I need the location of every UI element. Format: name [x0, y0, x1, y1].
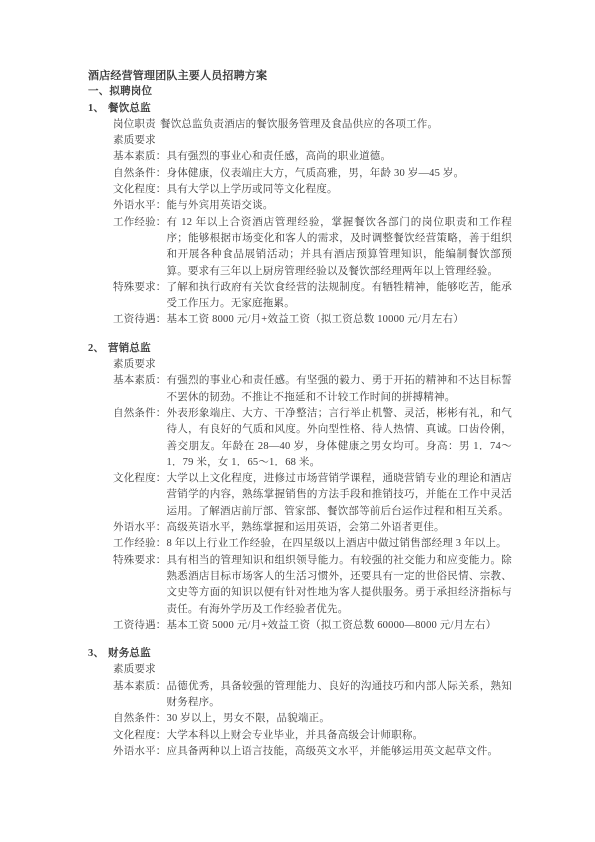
requirement-text: 30 岁以上，男女不限，品貌端正。 — [167, 711, 513, 727]
document-page: 酒店经营管理团队主要人员招聘方案 一、拟聘岗位 1、 餐饮总监 岗位职责 餐饮总… — [0, 0, 595, 842]
requirement-row: 文化程度： 大学以上文化程度，进修过市场营销学课程，通晓营销专业的理论和酒店营销… — [113, 471, 512, 520]
position-number: 2、 — [88, 341, 108, 357]
requirement-row: 自然条件： 外表形象端庄、大方、干净整洁；言行举止机警、灵活，彬彬有礼，和气待人… — [113, 406, 512, 471]
requirement-row: 自然条件： 30 岁以上，男女不限，品貌端正。 — [113, 711, 512, 727]
requirement-label: 外语水平： — [113, 744, 167, 760]
duty-label: 岗位职责 — [113, 117, 160, 133]
requirement-text: 能与外宾用英语交谈。 — [167, 198, 513, 214]
requirement-text: 8 年以上行业工作经验，在四星级以上酒店中做过销售部经理 3 年以上。 — [167, 536, 513, 552]
requirement-text: 具有大学以上学历或同等文化程度。 — [167, 182, 513, 198]
requirement-row: 外语水平： 能与外宾用英语交谈。 — [113, 198, 512, 214]
requirement-text: 有 12 年以上合资酒店管理经验，掌握餐饮各部门的岗位职责和工作程序；能够根据市… — [167, 215, 513, 280]
requirement-label: 特殊要求： — [113, 280, 167, 313]
requirement-label: 文化程度： — [113, 471, 167, 520]
position-name: 餐饮总监 — [108, 101, 512, 117]
requirement-text: 基本工资 5000 元/月+效益工资（拟工资总数 60000—8000 元/月左… — [167, 618, 513, 634]
requirement-label: 自然条件： — [113, 711, 167, 727]
requirement-text: 外表形象端庄、大方、干净整洁；言行举止机警、灵活，彬彬有礼，和气待人，有良好的气… — [167, 406, 513, 471]
requirement-row: 特殊要求： 了解和执行政府有关饮食经营的法规制度。有牺牲精神，能够吃苦，能承受工… — [113, 280, 512, 313]
requirement-text: 身体健康，仪表端庄大方，气质高雅，男，年龄 30 岁—45 岁。 — [167, 166, 513, 182]
requirement-text: 基本工资 8000 元/月+效益工资（拟工资总数 10000 元/月左右） — [167, 312, 513, 328]
duty-text: 餐饮总监负责酒店的餐饮服务管理及食品供应的各项工作。 — [160, 117, 512, 133]
requirement-text: 品德优秀，具备较强的管理能力、良好的沟通技巧和内部人际关系，熟知财务程序。 — [167, 679, 513, 712]
requirement-label: 文化程度： — [113, 728, 167, 744]
requirement-row: 工资待遇： 基本工资 8000 元/月+效益工资（拟工资总数 10000 元/月… — [113, 312, 512, 328]
position-heading: 2、 营销总监 — [88, 341, 512, 357]
requirement-row: 工资待遇： 基本工资 5000 元/月+效益工资（拟工资总数 60000—800… — [113, 618, 512, 634]
quality-header: 素质要求 — [113, 662, 512, 678]
doc-title: 酒店经营管理团队主要人员招聘方案 — [88, 68, 512, 84]
requirement-text: 大学以上文化程度，进修过市场营销学课程，通晓营销专业的理论和酒店营销学的内容，熟… — [167, 471, 513, 520]
requirement-label: 基本素质： — [113, 373, 167, 406]
requirement-row: 工作经验： 有 12 年以上合资酒店管理经验，掌握餐饮各部门的岗位职责和工作程序… — [113, 215, 512, 280]
position-name: 营销总监 — [108, 341, 512, 357]
quality-header: 素质要求 — [113, 357, 512, 373]
position-block-yingxiao: 2、 营销总监 素质要求 基本素质： 有强烈的事业心和责任感。有坚强的毅力、勇于… — [88, 341, 512, 634]
position-number: 3、 — [88, 646, 108, 662]
requirement-label: 外语水平： — [113, 198, 167, 214]
requirement-label: 文化程度： — [113, 182, 167, 198]
requirement-row: 外语水平： 应具备两种以上语言技能，高级英文水平，并能够运用英文起草文件。 — [113, 744, 512, 760]
requirement-label: 工资待遇： — [113, 618, 167, 634]
requirement-row: 特殊要求： 具有相当的管理知识和组织领导能力。有较强的社交能力和应变能力。除熟悉… — [113, 553, 512, 618]
requirement-row: 基本素质： 具有强烈的事业心和责任感，高尚的职业道德。 — [113, 149, 512, 165]
position-heading: 3、 财务总监 — [88, 646, 512, 662]
requirement-label: 特殊要求： — [113, 553, 167, 618]
requirement-row: 外语水平： 高级英语水平，熟练掌握和运用英语，会第二外语者更佳。 — [113, 520, 512, 536]
section-heading: 一、拟聘岗位 — [88, 84, 512, 100]
position-block-caiwu: 3、 财务总监 素质要求 基本素质： 品德优秀，具备较强的管理能力、良好的沟通技… — [88, 646, 512, 760]
requirement-label: 外语水平： — [113, 520, 167, 536]
requirement-text: 高级英语水平，熟练掌握和运用英语，会第二外语者更佳。 — [167, 520, 513, 536]
duty-row: 岗位职责 餐饮总监负责酒店的餐饮服务管理及食品供应的各项工作。 — [113, 117, 512, 133]
requirement-text: 应具备两种以上语言技能，高级英文水平，并能够运用英文起草文件。 — [167, 744, 513, 760]
position-heading: 1、 餐饮总监 — [88, 101, 512, 117]
requirement-row: 文化程度： 具有大学以上学历或同等文化程度。 — [113, 182, 512, 198]
requirement-label: 工作经验： — [113, 536, 167, 552]
requirement-label: 工资待遇： — [113, 312, 167, 328]
quality-header: 素质要求 — [113, 133, 512, 149]
requirement-label: 自然条件： — [113, 406, 167, 471]
position-block-canyin: 1、 餐饮总监 岗位职责 餐饮总监负责酒店的餐饮服务管理及食品供应的各项工作。 … — [88, 101, 512, 329]
requirement-row: 自然条件： 身体健康，仪表端庄大方，气质高雅，男，年龄 30 岁—45 岁。 — [113, 166, 512, 182]
requirement-label: 基本素质： — [113, 679, 167, 712]
requirement-text: 有强烈的事业心和责任感。有坚强的毅力、勇于开拓的精神和不达目标誓不罢休的韧劲。不… — [167, 373, 513, 406]
requirement-text: 大学本科以上财会专业毕业，并具备高级会计师职称。 — [167, 728, 513, 744]
requirement-row: 工作经验： 8 年以上行业工作经验，在四星级以上酒店中做过销售部经理 3 年以上… — [113, 536, 512, 552]
requirement-text: 了解和执行政府有关饮食经营的法规制度。有牺牲精神，能够吃苦，能承受工作压力。无家… — [167, 280, 513, 313]
position-name: 财务总监 — [108, 646, 512, 662]
requirement-row: 基本素质： 品德优秀，具备较强的管理能力、良好的沟通技巧和内部人际关系，熟知财务… — [113, 679, 512, 712]
requirement-label: 基本素质： — [113, 149, 167, 165]
requirement-text: 具有强烈的事业心和责任感，高尚的职业道德。 — [167, 149, 513, 165]
requirement-label: 工作经验： — [113, 215, 167, 280]
requirement-label: 自然条件： — [113, 166, 167, 182]
requirement-row: 基本素质： 有强烈的事业心和责任感。有坚强的毅力、勇于开拓的精神和不达目标誓不罢… — [113, 373, 512, 406]
requirement-text: 具有相当的管理知识和组织领导能力。有较强的社交能力和应变能力。除熟悉酒店目标市场… — [167, 553, 513, 618]
document-content: 酒店经营管理团队主要人员招聘方案 一、拟聘岗位 1、 餐饮总监 岗位职责 餐饮总… — [88, 68, 512, 760]
requirement-row: 文化程度： 大学本科以上财会专业毕业，并具备高级会计师职称。 — [113, 728, 512, 744]
position-number: 1、 — [88, 101, 108, 117]
